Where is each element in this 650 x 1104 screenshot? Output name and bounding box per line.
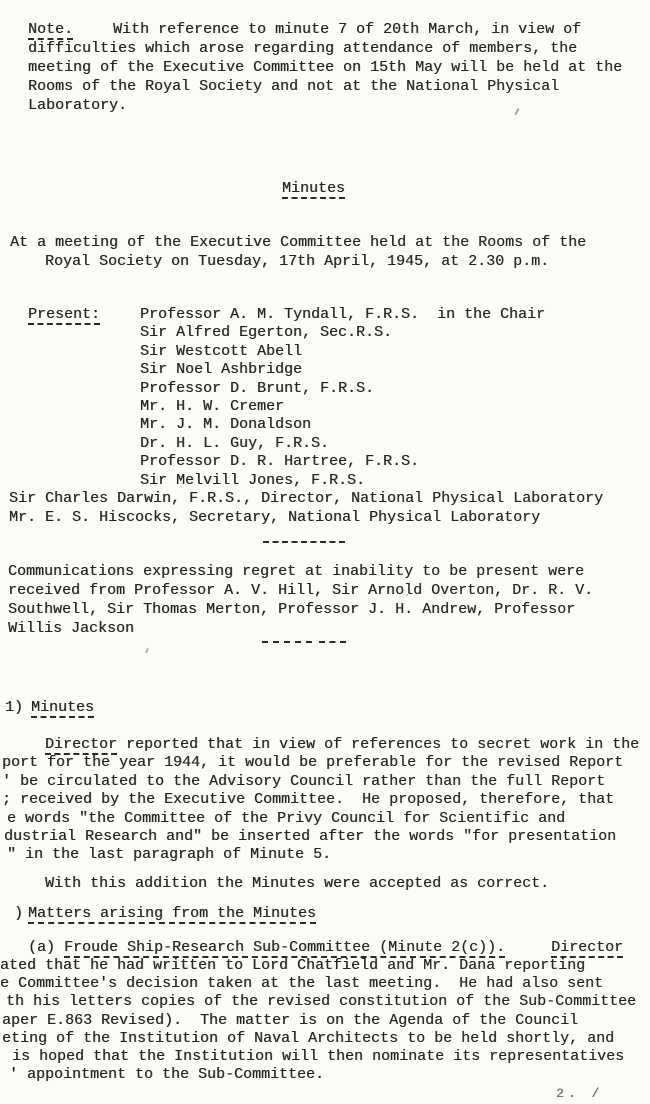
- item-a-lead-line: (a)Froude Ship-Research Sub-Committee (M…: [28, 938, 623, 957]
- note-paragraph: Note.With reference to minute 7 of 20th …: [28, 20, 638, 115]
- note-line-text: With reference to minute 7 of 20th March…: [113, 21, 581, 38]
- attendee-row: Sir Alfred Egerton, Sec.R.S.: [140, 324, 640, 342]
- minutes-closing-line: With this addition the Minutes were acce…: [45, 874, 549, 893]
- meeting-line: Royal Society on Tuesday, 17th April, 19…: [10, 252, 640, 271]
- paragraph-line: th his letters copies of the revised con…: [0, 993, 650, 1011]
- scan-speckle: [406, 594, 408, 596]
- section-heading-text: Matters arising from the Minutes: [28, 905, 316, 924]
- document-title-text: Minutes: [282, 180, 345, 199]
- paragraph-line: ; received by the Executive Committee. H…: [0, 791, 650, 809]
- official-row: Mr. E. S. Hiscocks, Secretary, National …: [9, 508, 644, 527]
- paragraph-line: eting of the Institution of Naval Archit…: [0, 1030, 650, 1048]
- chair-note: in the Chair: [437, 306, 545, 323]
- paragraph-line: is hoped that the Institution will then …: [0, 1048, 650, 1066]
- present-label: Present:: [28, 306, 100, 323]
- minutes-paragraph: Director reported that in view of refere…: [0, 736, 650, 865]
- paragraph-line: e Committee's decision taken at the last…: [0, 975, 650, 993]
- meeting-intro: At a meeting of the Executive Committee …: [10, 233, 640, 271]
- apologies-line: received from Professor A. V. Hill, Sir …: [8, 581, 643, 600]
- dashed-divider: [263, 541, 345, 543]
- attendee-row: Sir Noel Ashbridge: [140, 361, 640, 379]
- item-a-heading: Froude Ship-Research Sub-Committee (Minu…: [64, 939, 505, 958]
- note-label: Note.: [28, 21, 73, 40]
- note-first-line: Note.With reference to minute 7 of 20th …: [28, 20, 638, 39]
- attendee-row: Sir Westcott Abell: [140, 343, 640, 361]
- paragraph-line: aper E.863 Revised). The matter is on th…: [0, 1012, 650, 1030]
- note-line: Laboratory.: [28, 96, 638, 115]
- paragraph-line: ' appointment to the Sub-Committee.: [0, 1066, 650, 1084]
- item-a-prefix: (a): [28, 939, 55, 956]
- paragraph-line: e words "the Committee of the Privy Coun…: [0, 810, 650, 828]
- present-label-text: Present:: [28, 306, 100, 325]
- dashed-divider: [319, 641, 346, 643]
- section-number: 1): [5, 699, 23, 716]
- director-emphasis: Director: [551, 939, 623, 958]
- paragraph-lead-line: Director reported that in view of refere…: [0, 736, 650, 754]
- meeting-line: At a meeting of the Executive Committee …: [10, 233, 640, 252]
- section-number: ): [14, 905, 23, 922]
- scan-speckle: [145, 648, 148, 653]
- apologies-line: Communications expressing regret at inab…: [8, 562, 643, 581]
- apologies-paragraph: Communications expressing regret at inab…: [8, 562, 643, 638]
- paragraph-line: ated that he had written to Lord Chatfie…: [0, 957, 650, 975]
- scanned-minutes-page: Note.With reference to minute 7 of 20th …: [0, 0, 650, 1104]
- attendee-row-chair: Professor A. M. Tyndall, F.R.S.in the Ch…: [140, 306, 640, 324]
- paragraph-line: dustrial Research and" be inserted after…: [0, 828, 650, 846]
- official-row: Sir Charles Darwin, F.R.S., Director, Na…: [9, 489, 644, 508]
- attendee-name: Professor A. M. Tyndall, F.R.S.: [140, 306, 419, 323]
- attendee-list: Professor A. M. Tyndall, F.R.S.in the Ch…: [140, 306, 640, 490]
- dashed-divider: [262, 641, 312, 643]
- officials-list: Sir Charles Darwin, F.R.S., Director, Na…: [9, 489, 644, 527]
- attendee-row: Sir Melvill Jones, F.R.S.: [140, 472, 640, 490]
- note-line: difficulties which arose regarding atten…: [28, 39, 638, 58]
- section-matters-heading: )Matters arising from the Minutes: [14, 905, 316, 922]
- apologies-line: Willis Jackson: [8, 619, 643, 638]
- paragraph-line: port for the year 1944, it would be pref…: [0, 754, 650, 772]
- attendee-row: Professor D. Brunt, F.R.S.: [140, 380, 640, 398]
- attendee-row: Dr. H. L. Guy, F.R.S.: [140, 435, 640, 453]
- attendee-row: Mr. H. W. Cremer: [140, 398, 640, 416]
- footer-page-fragment: 2. /: [556, 1086, 603, 1101]
- director-emphasis: Director: [45, 736, 117, 755]
- paragraph-line: " in the last paragraph of Minute 5.: [0, 846, 650, 864]
- attendee-row: Mr. J. M. Donaldson: [140, 416, 640, 434]
- attendee-row: Professor D. R. Hartree, F.R.S.: [140, 453, 640, 471]
- document-title: Minutes: [282, 180, 345, 197]
- note-line: Rooms of the Royal Society and not at th…: [28, 77, 638, 96]
- section-minutes-heading: 1)Minutes: [5, 699, 94, 716]
- item-a-paragraph: ated that he had written to Lord Chatfie…: [0, 957, 650, 1084]
- section-heading-text: Minutes: [31, 699, 94, 718]
- apologies-line: Southwell, Sir Thomas Merton, Professor …: [8, 600, 643, 619]
- note-line: meeting of the Executive Committee on 15…: [28, 58, 638, 77]
- paragraph-lead-rest: reported that in view of references to s…: [117, 736, 639, 753]
- paragraph-line: ' be circulated to the Advisory Council …: [0, 773, 650, 791]
